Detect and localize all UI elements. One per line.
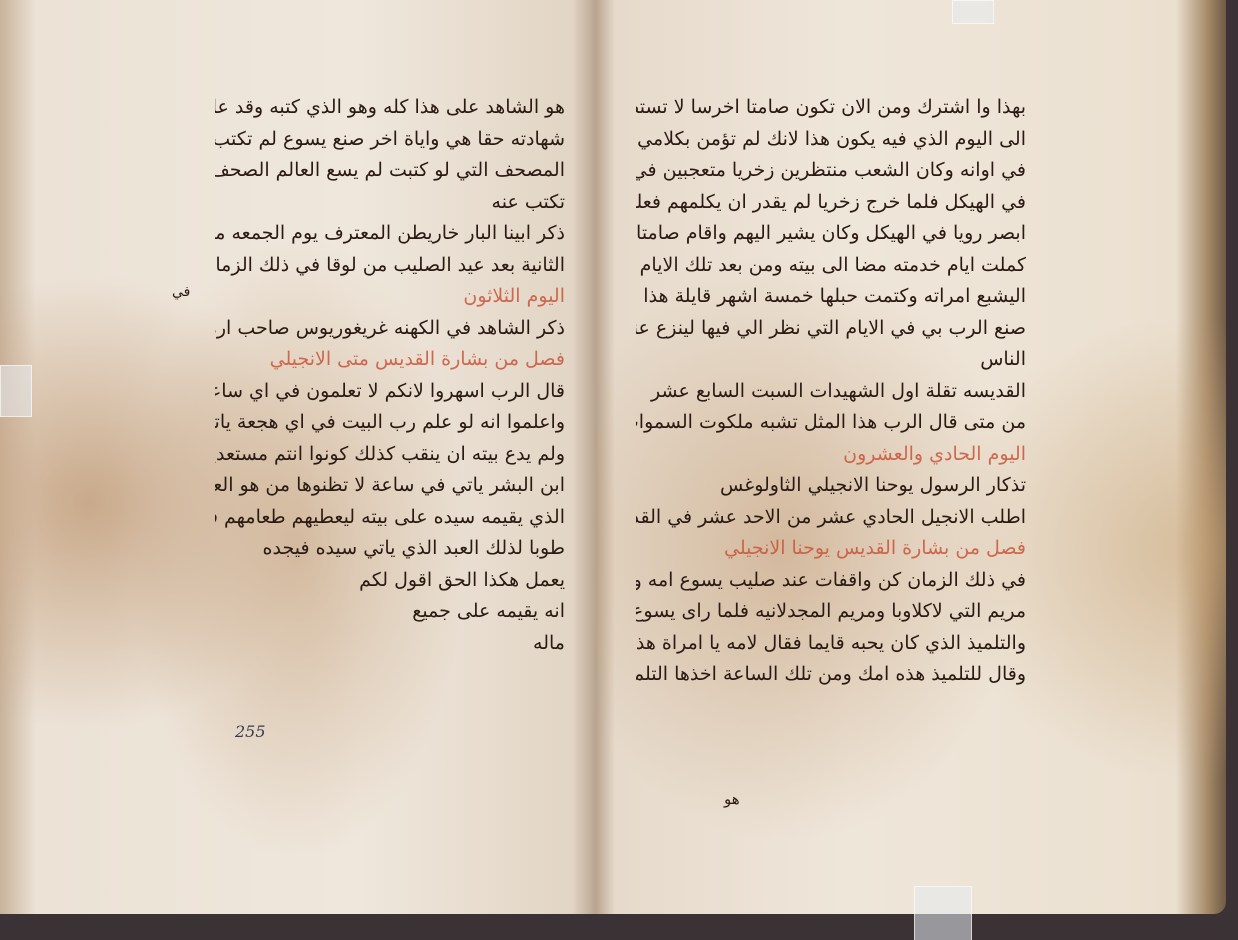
page-clip bbox=[952, 0, 994, 24]
text-line: والتلميذ الذي كان يحبه قايما فقال لامه ي… bbox=[636, 628, 1026, 660]
page-clip bbox=[914, 886, 972, 940]
text-line: وقال للتلميذ هذه امك ومن تلك الساعة اخذه… bbox=[636, 659, 1026, 691]
text-line: في اوانه وكان الشعب منتظرين زخريا متعجبي… bbox=[636, 155, 1026, 187]
text-line: الثانية بعد عيد الصليب من لوقا في ذلك ال… bbox=[215, 250, 565, 282]
left-text-block: هو الشاهد على هذا كله وهو الذي كتبه وقد … bbox=[215, 92, 565, 659]
right-text-block: بهذا وا اشترك ومن الان تكون صامتا اخرسا … bbox=[636, 92, 1026, 691]
text-line: في الهيكل فلما خرج زخريا لم يقدر ان يكلم… bbox=[636, 187, 1026, 219]
text-line: قال الرب اسهروا لانكم لا تعلمون في اي سا… bbox=[215, 376, 565, 408]
text-line: ذكر الشاهد في الكهنه غريغوريوس صاحب ارمي… bbox=[215, 313, 565, 345]
text-line: صنع الرب بي في الايام التي نظر الي فيها … bbox=[636, 313, 1026, 345]
text-line: هو الشاهد على هذا كله وهو الذي كتبه وقد … bbox=[215, 92, 565, 124]
rubric-heading: فصل من بشارة القديس يوحنا الانجيلي bbox=[636, 533, 1026, 565]
text-line: شهادته حقا هي واياة اخر صنع يسوع لم تكتب… bbox=[215, 124, 565, 156]
page-clip bbox=[0, 365, 32, 417]
text-line: تذكار الرسول يوحنا الانجيلي الثاولوغس bbox=[636, 470, 1026, 502]
text-line: مريم التي لاكلاوبا ومريم المجدلانيه فلما… bbox=[636, 596, 1026, 628]
text-line: واعلموا انه لو علم رب البيت في اي هجعة ي… bbox=[215, 407, 565, 439]
text-line: تكتب عنه bbox=[215, 187, 565, 219]
text-line: كملت ايام خدمته مضا الى بيته ومن بعد تلك… bbox=[636, 250, 1026, 282]
text-line: ماله bbox=[215, 628, 565, 660]
right-page: بهذا وا اشترك ومن الان تكون صامتا اخرسا … bbox=[596, 0, 1226, 914]
text-line: انه يقيمه على جميع bbox=[215, 596, 565, 628]
text-line: القديسه تقلة اول الشهيدات السبت السابع ع… bbox=[636, 376, 1026, 408]
margin-note: في bbox=[172, 284, 190, 300]
text-line: يعمل هكذا الحق اقول لكم bbox=[215, 565, 565, 597]
rubric-heading: اليوم الثلاثون bbox=[215, 281, 565, 313]
text-line: ولم يدع بيته ان ينقب كذلك كونوا انتم مست… bbox=[215, 439, 565, 471]
folio-number: 255 bbox=[235, 722, 266, 741]
text-line: ابن البشر ياتي في ساعة لا تظنوها من هو ا… bbox=[215, 470, 565, 502]
text-line: ذكر ابينا البار خاريطن المعترف يوم الجمع… bbox=[215, 218, 565, 250]
text-line: اليشبع امراته وكتمت حبلها خمسة اشهر قايل… bbox=[636, 281, 1026, 313]
text-line: الذي يقيمه سيده على بيته ليعطيهم طعامهم … bbox=[215, 502, 565, 534]
text-line: ابصر رويا في الهيكل وكان يشير اليهم واقا… bbox=[636, 218, 1026, 250]
text-line: اطلب الانجيل الحادي عشر من الاحد عشر في … bbox=[636, 502, 1026, 534]
text-line: في ذلك الزمان كن واقفات عند صليب يسوع ام… bbox=[636, 565, 1026, 597]
text-line: طوبا لذلك العبد الذي ياتي سيده فيجده bbox=[215, 533, 565, 565]
rubric-heading: فصل من بشارة القديس متى الانجيلي bbox=[215, 344, 565, 376]
text-line: بهذا وا اشترك ومن الان تكون صامتا اخرسا … bbox=[636, 92, 1026, 124]
catchword: هو bbox=[724, 790, 740, 808]
text-line: الى اليوم الذي فيه يكون هذا لانك لم تؤمن… bbox=[636, 124, 1026, 156]
rubric-heading: اليوم الحادي والعشرون bbox=[636, 439, 1026, 471]
text-line: من متى قال الرب هذا المثل تشبه ملكوت الس… bbox=[636, 407, 1026, 439]
left-page: هو الشاهد على هذا كله وهو الذي كتبه وقد … bbox=[0, 0, 596, 914]
text-line: الناس bbox=[636, 344, 1026, 376]
text-line: المصحف التي لو كتبت لم يسع العالم الصحف … bbox=[215, 155, 565, 187]
